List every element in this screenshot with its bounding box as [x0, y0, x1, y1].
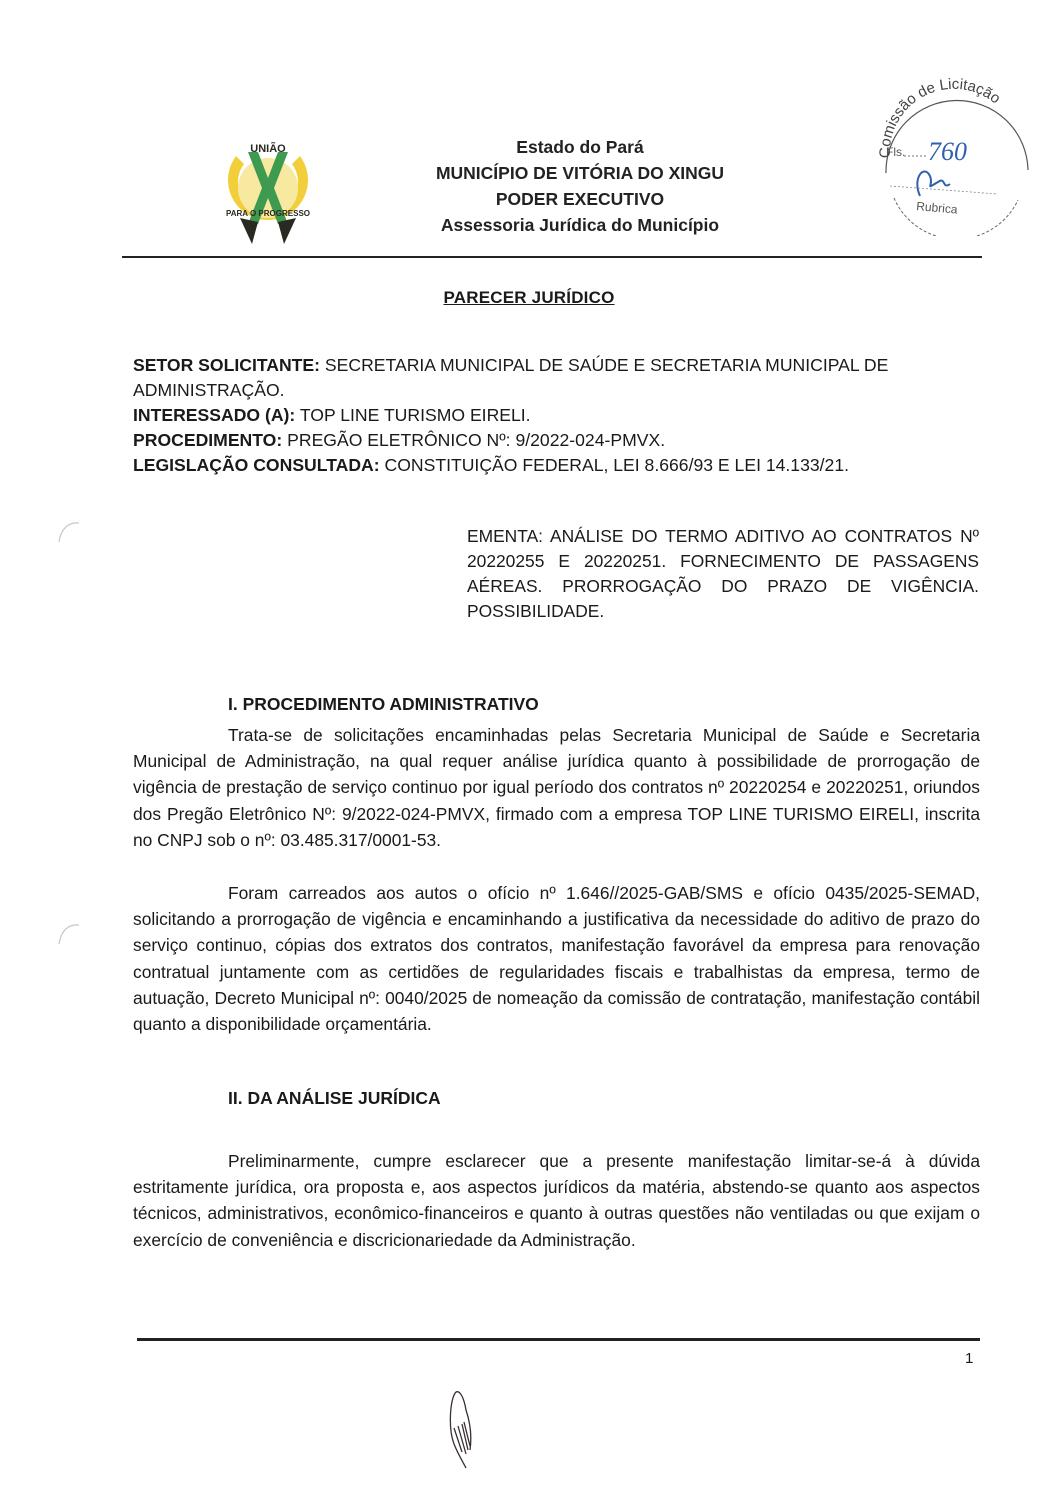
section-heading-procedure: I. PROCEDIMENTO ADMINISTRATIVO [228, 694, 539, 715]
paragraph-procedure-1: Trata-se de solicitações encaminhadas pe… [133, 722, 980, 853]
initials-signature-icon [446, 1388, 486, 1470]
document-metadata: SETOR SOLICITANTE: SECRETARIA MUNICIPAL … [133, 353, 983, 478]
document-title: PARECER JURÍDICO [0, 288, 1058, 308]
page-number: 1 [965, 1350, 973, 1367]
meta-legislation: LEGISLAÇÃO CONSULTADA: CONSTITUIÇÃO FEDE… [133, 453, 983, 478]
paragraph-legal-analysis-1: Preliminarmente, cumpre esclarecer que a… [133, 1148, 980, 1253]
stamp-page-number: 760 [928, 137, 967, 166]
letterhead-branch: PODER EXECUTIVO [380, 186, 780, 212]
stamp-rubrica-label: Rubrica [916, 199, 959, 217]
ementa-summary: EMENTA: ANÁLISE DO TERMO ADITIVO AO CONT… [467, 524, 979, 624]
stamp-signature-icon [917, 172, 950, 196]
municipal-coat-of-arms-logo: UNIÃO PARA O PROGRESSO [222, 138, 314, 244]
letterhead-state: Estado do Pará [380, 134, 780, 160]
svg-text:PARA O PROGRESSO: PARA O PROGRESSO [226, 209, 310, 218]
paragraph-procedure-2: Foram carreados aos autos o ofício nº 1.… [133, 880, 980, 1037]
letterhead-department: Assessoria Jurídica do Município [380, 212, 780, 238]
footer-divider [137, 1338, 980, 1341]
meta-procedure: PROCEDIMENTO: PREGÃO ELETRÔNICO Nº: 9/20… [133, 428, 983, 453]
punch-hole-mark-icon [55, 520, 81, 546]
letterhead: Estado do Pará MUNICÍPIO DE VITÓRIA DO X… [380, 134, 780, 238]
meta-interested-party: INTERESSADO (A): TOP LINE TURISMO EIRELI… [133, 403, 983, 428]
section-heading-legal-analysis: II. DA ANÁLISE JURÍDICA [228, 1088, 441, 1109]
stamp-fls-label: Fls. [886, 145, 905, 159]
header-divider [122, 256, 982, 258]
document-page: UNIÃO PARA O PROGRESSO Estado do Pará MU… [0, 0, 1058, 1497]
protocol-stamp: Comissão de Licitação Fls. 760 Rubrica [868, 78, 1038, 236]
meta-requesting-sector: SETOR SOLICITANTE: SECRETARIA MUNICIPAL … [133, 353, 983, 403]
svg-text:UNIÃO: UNIÃO [250, 142, 286, 155]
letterhead-municipality: MUNICÍPIO DE VITÓRIA DO XINGU [380, 160, 780, 186]
punch-hole-mark-icon [55, 922, 81, 948]
